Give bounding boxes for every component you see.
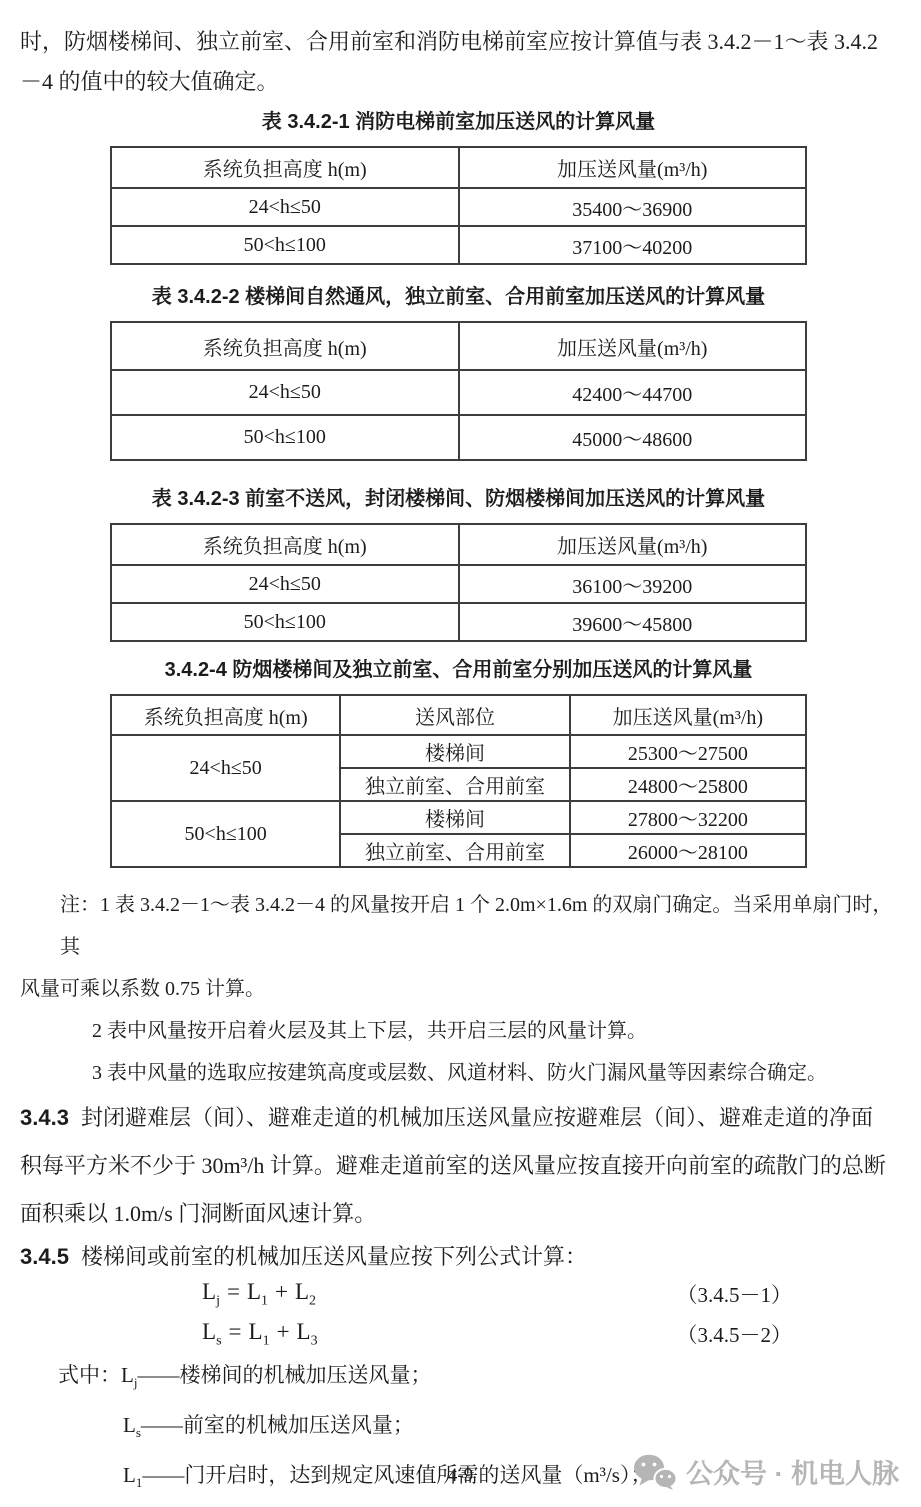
table-cell: 35400～36900 [459, 188, 807, 226]
section-3-4-5: 3.4.5楼梯间或前室的机械加压送风量应按下列公式计算： [20, 1240, 897, 1274]
table-cell: 独立前室、合用前室 [340, 768, 569, 801]
table-notes: 注：1 表 3.4.2－1～表 3.4.2－4 的风量按开启 1 个 2.0m×… [20, 884, 897, 1094]
table-cell: 37100～40200 [459, 226, 807, 264]
table-cell: 26000～28100 [570, 834, 806, 867]
table-header-row: 系统负担高度 h(m) 加压送风量(m³/h) [111, 147, 806, 188]
note-line: 注：1 表 3.4.2－1～表 3.4.2－4 的风量按开启 1 个 2.0m×… [20, 884, 897, 968]
table-cell: 42400～44700 [459, 370, 807, 415]
note-line: 风量可乘以系数 0.75 计算。 [20, 968, 897, 1010]
table-row: 24<h≤50 36100～39200 [111, 565, 806, 603]
formula-3-4-5-2: Ls=L1+L3 （3.4.5－2） [20, 1314, 897, 1354]
table-row: 24<h≤50 35400～36900 [111, 188, 806, 226]
table-cell: 27800～32200 [570, 801, 806, 834]
table-row: 24<h≤50 楼梯间 25300～27500 [111, 735, 806, 768]
definition-Lj: 式中：Lj——楼梯间的机械加压送风量； [20, 1354, 897, 1404]
table-header-row: 系统负担高度 h(m) 送风部位 加压送风量(m³/h) [111, 695, 806, 735]
section-text-line: 面积乘以 1.0m/s 门洞断面风速计算。 [20, 1190, 897, 1238]
column-header: 系统负担高度 h(m) [111, 147, 459, 188]
table-cell: 45000～48600 [459, 415, 807, 460]
table-cell: 50<h≤100 [111, 226, 459, 264]
table-4-title: 3.4.2-4 防烟楼梯间及独立前室、合用前室分别加压送风的计算风量 [20, 656, 897, 684]
height-range-cell: 50<h≤100 [111, 801, 340, 867]
table-header-row: 系统负担高度 h(m) 加压送风量(m³/h) [111, 524, 806, 565]
table-cell: 独立前室、合用前室 [340, 834, 569, 867]
section-text-line: 积每平方米不少于 30m³/h 计算。避难走道前室的送风量应按直接开向前室的疏散… [20, 1142, 897, 1190]
table-row: 50<h≤100 楼梯间 27800～32200 [111, 801, 806, 834]
section-3-4-3: 3.4.3封闭避难层（间）、避难走道的机械加压送风量应按避难层（间）、避难走道的… [20, 1094, 897, 1238]
column-header: 加压送风量(m³/h) [459, 322, 807, 370]
formula-3-4-5-1: Lj=L1+L2 （3.4.5－1） [20, 1274, 897, 1314]
table-row: 24<h≤50 42400～44700 [111, 370, 806, 415]
note-line: 2 表中风量按开启着火层及其上下层，共开启三层的风量计算。 [20, 1010, 897, 1052]
column-header: 加压送风量(m³/h) [570, 695, 806, 735]
formula-label: （3.4.5－2） [677, 1319, 793, 1349]
column-header: 送风部位 [340, 695, 569, 735]
table-header-row: 系统负担高度 h(m) 加压送风量(m³/h) [111, 322, 806, 370]
table-3-4-2-3: 系统负担高度 h(m) 加压送风量(m³/h) 24<h≤50 36100～39… [110, 523, 807, 642]
document-page: 时，防烟楼梯间、独立前室、合用前室和消防电梯前室应按计算值与表 3.4.2－1～… [0, 0, 921, 1507]
formula-label: （3.4.5－1） [677, 1279, 793, 1309]
table-cell: 24<h≤50 [111, 370, 459, 415]
table-cell: 24<h≤50 [111, 565, 459, 603]
table-row: 50<h≤100 39600～45800 [111, 603, 806, 641]
table-cell: 36100～39200 [459, 565, 807, 603]
column-header: 系统负担高度 h(m) [111, 322, 459, 370]
column-header: 系统负担高度 h(m) [111, 695, 340, 735]
section-text-line: 楼梯间或前室的机械加压送风量应按下列公式计算： [81, 1244, 587, 1269]
table-row: 50<h≤100 37100～40200 [111, 226, 806, 264]
table-1-title: 表 3.4.2-1 消防电梯前室加压送风的计算风量 [20, 108, 897, 136]
table-2-title: 表 3.4.2-2 楼梯间自然通风，独立前室、合用前室加压送风的计算风量 [20, 283, 897, 311]
section-number: 3.4.3 [20, 1105, 69, 1130]
definition-Ls: Ls——前室的机械加压送风量； [20, 1404, 897, 1454]
table-3-title: 表 3.4.2-3 前室不送风，封闭楼梯间、防烟楼梯间加压送风的计算风量 [20, 485, 897, 513]
column-header: 加压送风量(m³/h) [459, 147, 807, 188]
table-cell: 50<h≤100 [111, 415, 459, 460]
table-3-4-2-2: 系统负担高度 h(m) 加压送风量(m³/h) 24<h≤50 42400～44… [110, 321, 807, 461]
intro-line: －4 的值中的较大值确定。 [20, 62, 897, 102]
table-cell: 24<h≤50 [111, 188, 459, 226]
page-footer: 4-9 公众号 · 机电人脉 [0, 1451, 921, 1493]
watermark-text: 公众号 · 机电人脉 [686, 1452, 899, 1491]
table-cell: 24800～25800 [570, 768, 806, 801]
intro-paragraph: 时，防烟楼梯间、独立前室、合用前室和消防电梯前室应按计算值与表 3.4.2－1～… [20, 22, 897, 102]
table-3-4-2-1: 系统负担高度 h(m) 加压送风量(m³/h) 24<h≤50 35400～36… [110, 146, 807, 265]
formula-expression: Lj=L1+L2 [202, 1279, 316, 1310]
table-cell: 楼梯间 [340, 735, 569, 768]
section-text-line: 封闭避难层（间）、避难走道的机械加压送风量应按避难层（间）、避难走道的净面 [81, 1105, 873, 1130]
wechat-icon [633, 1454, 677, 1490]
wechat-watermark: 公众号 · 机电人脉 [633, 1452, 899, 1491]
column-header: 系统负担高度 h(m) [111, 524, 459, 565]
column-header: 加压送风量(m³/h) [459, 524, 807, 565]
intro-line: 时，防烟楼梯间、独立前室、合用前室和消防电梯前室应按计算值与表 3.4.2－1～… [20, 22, 897, 62]
section-number: 3.4.5 [20, 1244, 69, 1269]
page-number: 4-9 [448, 1465, 473, 1487]
height-range-cell: 24<h≤50 [111, 735, 340, 801]
table-row: 50<h≤100 45000～48600 [111, 415, 806, 460]
table-cell: 楼梯间 [340, 801, 569, 834]
formula-expression: Ls=L1+L3 [202, 1319, 318, 1350]
table-cell: 50<h≤100 [111, 603, 459, 641]
table-cell: 39600～45800 [459, 603, 807, 641]
table-cell: 25300～27500 [570, 735, 806, 768]
note-line: 3 表中风量的选取应按建筑高度或层数、风道材料、防火门漏风量等因素综合确定。 [20, 1052, 897, 1094]
table-3-4-2-4: 系统负担高度 h(m) 送风部位 加压送风量(m³/h) 24<h≤50 楼梯间… [110, 694, 807, 868]
